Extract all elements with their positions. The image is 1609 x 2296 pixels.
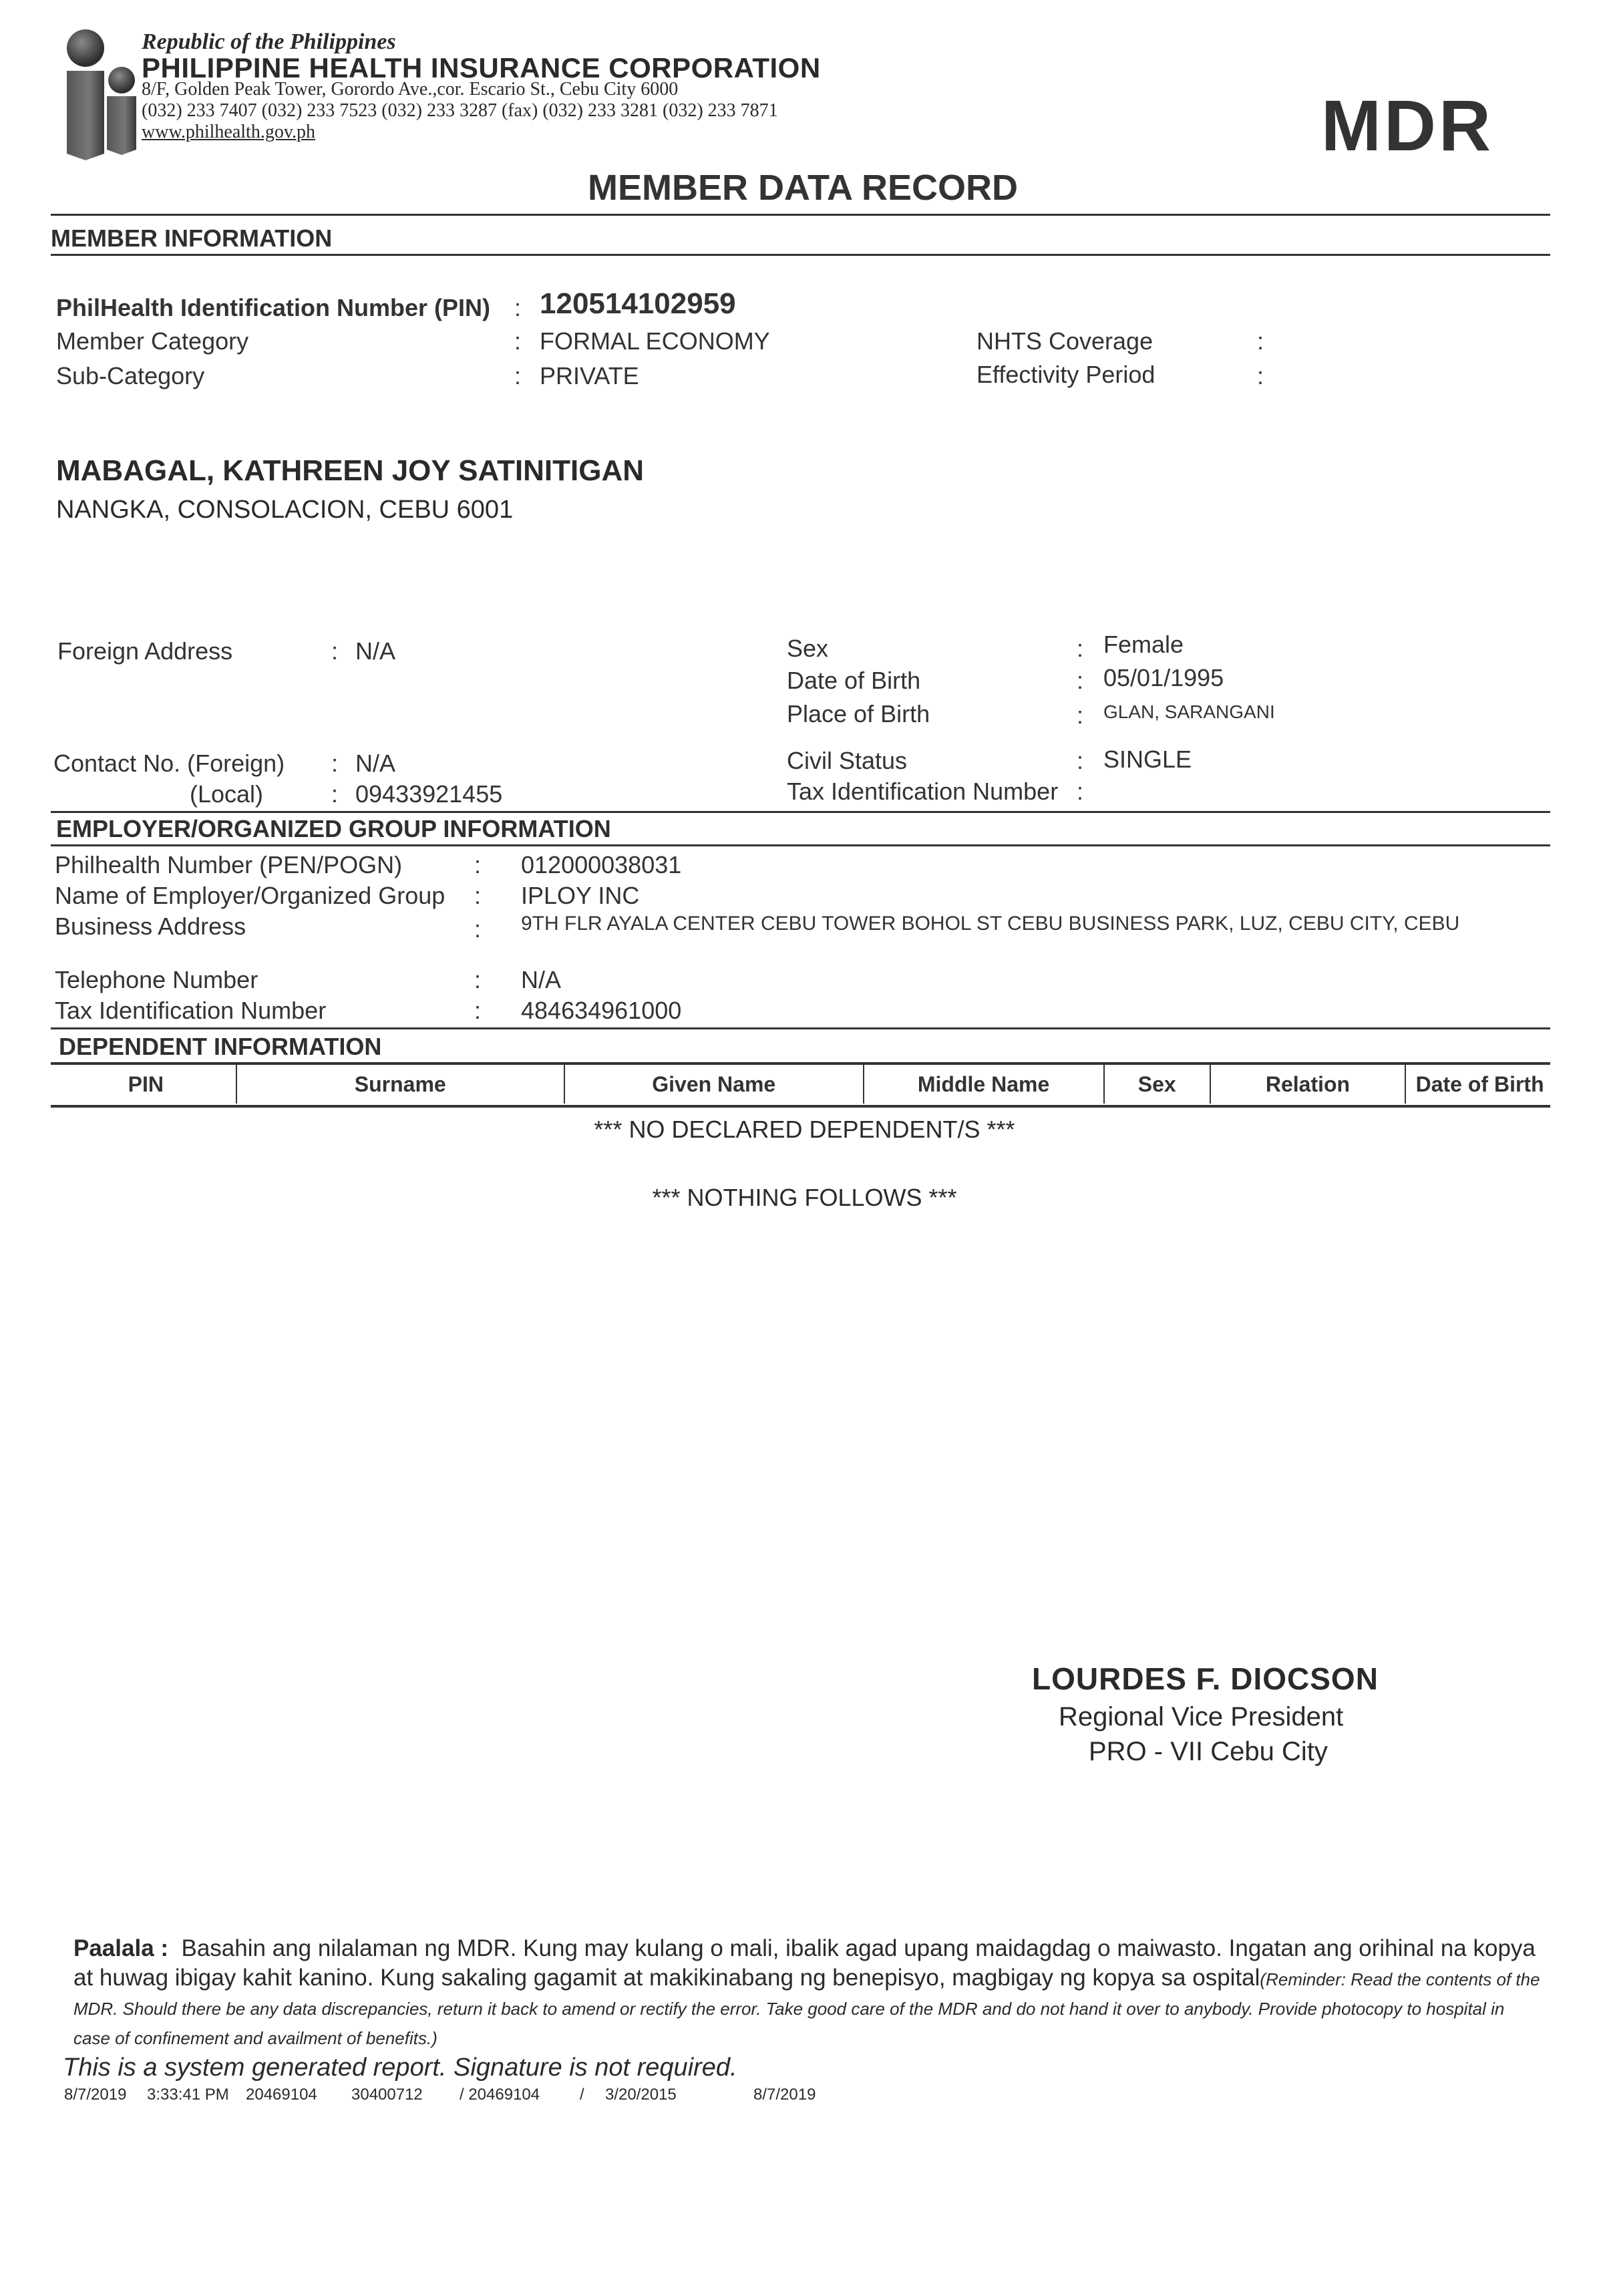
sex-value: Female: [1103, 631, 1184, 659]
date-of-birth-value: 05/01/1995: [1103, 664, 1224, 692]
sub-category-value: PRIVATE: [540, 362, 639, 390]
footer-code-2: 30400712: [351, 2086, 423, 2104]
colon: :: [514, 327, 521, 355]
nothing-follows-message: *** NOTHING FOLLOWS ***: [0, 1184, 1609, 1212]
contact-foreign-value: N/A: [355, 750, 395, 778]
footer-separator: /: [580, 2086, 584, 2104]
colon: :: [474, 882, 481, 910]
sex-label: Sex: [787, 635, 828, 663]
business-address-label: Business Address: [55, 913, 246, 941]
column-header-pin: PIN: [56, 1065, 237, 1104]
member-information-title: MEMBER INFORMATION: [51, 224, 332, 253]
pin-value: 120514102959: [540, 287, 736, 321]
civil-status-value: SINGLE: [1103, 746, 1192, 774]
colon: :: [1257, 362, 1264, 390]
foreign-address-value: N/A: [355, 637, 395, 665]
mdr-badge: MDR: [1321, 84, 1493, 167]
column-header-sex: Sex: [1105, 1065, 1211, 1104]
employer-tin-value: 484634961000: [521, 997, 681, 1025]
colon: :: [1077, 778, 1083, 806]
colon: :: [474, 997, 481, 1025]
signatory-name: LOURDES F. DIOCSON: [1032, 1661, 1379, 1697]
divider: [51, 811, 1550, 813]
republic-label: Republic of the Philippines: [142, 29, 396, 55]
pen-label: Philhealth Number (PEN/POGN): [55, 851, 402, 879]
place-of-birth-label: Place of Birth: [787, 700, 930, 728]
column-header-surname: Surname: [237, 1065, 565, 1104]
member-category-label: Member Category: [56, 327, 248, 355]
employer-name-value: IPLOY INC: [521, 882, 639, 910]
column-header-middle-name: Middle Name: [864, 1065, 1105, 1104]
telephone-label: Telephone Number: [55, 966, 258, 994]
reminder-label: Paalala :: [73, 1935, 168, 1961]
contact-local-value: 09433921455: [355, 780, 502, 808]
telephone-value: N/A: [521, 966, 561, 994]
reminder-note: Paalala : Basahin ang nilalaman ng MDR. …: [73, 1934, 1543, 2052]
signatory-office: PRO - VII Cebu City: [1089, 1737, 1328, 1767]
divider: [51, 1105, 1550, 1108]
colon: :: [1077, 667, 1083, 695]
column-header-relation: Relation: [1211, 1065, 1406, 1104]
colon: :: [1257, 327, 1264, 355]
footer-code-3: / 20469104: [460, 2086, 540, 2104]
corporation-phones: (032) 233 7407 (032) 233 7523 (032) 233 …: [142, 100, 778, 122]
sub-category-label: Sub-Category: [56, 362, 204, 390]
member-address: NANGKA, CONSOLACION, CEBU 6001: [56, 496, 513, 524]
employer-information-title: EMPLOYER/ORGANIZED GROUP INFORMATION: [56, 815, 611, 843]
divider: [51, 1027, 1550, 1029]
dependent-table-header: PIN Surname Given Name Middle Name Sex R…: [56, 1065, 1554, 1104]
colon: :: [514, 294, 521, 322]
colon: :: [474, 915, 481, 943]
member-name: MABAGAL, KATHREEN JOY SATINITIGAN: [56, 454, 644, 488]
date-of-birth-label: Date of Birth: [787, 667, 920, 695]
member-category-value: FORMAL ECONOMY: [540, 327, 770, 355]
colon: :: [331, 750, 338, 778]
colon: :: [1077, 747, 1083, 775]
contact-foreign-label: Contact No. (Foreign): [53, 750, 285, 778]
footer-date-2: 3/20/2015: [605, 2086, 677, 2104]
footer-date-3: 8/7/2019: [753, 2086, 816, 2104]
foreign-address-label: Foreign Address: [57, 637, 232, 665]
colon: :: [331, 637, 338, 665]
signatory-title: Regional Vice President: [1059, 1702, 1343, 1732]
corporation-address: 8/F, Golden Peak Tower, Gorordo Ave.,cor…: [142, 79, 678, 100]
colon: :: [474, 851, 481, 879]
pen-value: 012000038031: [521, 851, 681, 879]
no-dependents-message: *** NO DECLARED DEPENDENT/S ***: [0, 1116, 1609, 1144]
colon: :: [514, 362, 521, 390]
pin-label: PhilHealth Identification Number (PIN): [56, 294, 490, 322]
colon: :: [474, 966, 481, 994]
dependent-information-title: DEPENDENT INFORMATION: [59, 1033, 381, 1061]
system-generated-note: This is a system generated report. Signa…: [63, 2054, 737, 2082]
employer-tin-label: Tax Identification Number: [55, 997, 326, 1025]
nhts-coverage-label: NHTS Coverage: [976, 327, 1153, 355]
column-header-given-name: Given Name: [565, 1065, 864, 1104]
divider: [51, 214, 1550, 216]
effectivity-period-label: Effectivity Period: [976, 361, 1155, 389]
member-tin-label: Tax Identification Number: [787, 778, 1058, 806]
print-time: 3:33:41 PM: [147, 2086, 229, 2104]
civil-status-label: Civil Status: [787, 747, 907, 775]
website-link[interactable]: www.philhealth.gov.ph: [142, 122, 315, 143]
column-header-date-of-birth: Date of Birth: [1406, 1065, 1554, 1104]
business-address-value: 9TH FLR AYALA CENTER CEBU TOWER BOHOL ST…: [521, 913, 1459, 935]
colon: :: [1077, 701, 1083, 729]
divider: [51, 254, 1550, 256]
divider: [51, 844, 1550, 846]
contact-local-label: (Local): [190, 780, 263, 808]
colon: :: [1077, 635, 1083, 663]
place-of-birth-value: GLAN, SARANGANI: [1103, 701, 1275, 723]
footer-code-1: 20469104: [246, 2086, 317, 2104]
print-date: 8/7/2019: [64, 2086, 126, 2104]
document-title: MEMBER DATA RECORD: [588, 167, 1018, 208]
employer-name-label: Name of Employer/Organized Group: [55, 882, 445, 910]
philhealth-logo-icon: [60, 28, 147, 162]
colon: :: [331, 780, 338, 808]
